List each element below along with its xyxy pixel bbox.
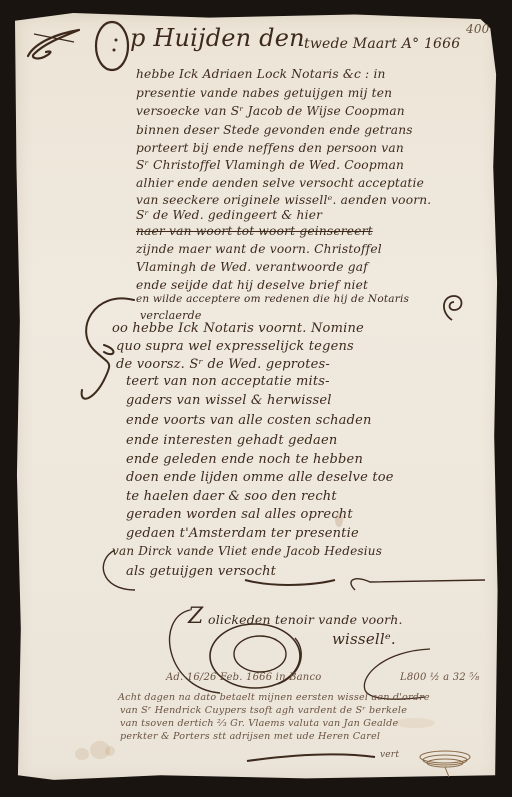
text-line: Sʳ de Wed. gedingeert & hier bbox=[136, 208, 322, 222]
text-line: versoecke van Sʳ Jacob de Wijse Coopman bbox=[136, 104, 405, 118]
page-number: 400 bbox=[466, 22, 490, 36]
stain bbox=[395, 718, 435, 728]
stain bbox=[75, 748, 89, 760]
paragraph-3-initial: Z bbox=[188, 604, 204, 629]
stain bbox=[105, 746, 115, 756]
footer-line: perkter & Porters stt adrijsen met ude H… bbox=[120, 731, 380, 742]
text-line: teert van non acceptatie mits- bbox=[126, 374, 330, 389]
text-line: ende interesten gehadt gedaen bbox=[126, 433, 337, 448]
text-line: olickeden tenoir vande voorh. bbox=[208, 612, 403, 627]
footer-signature: vert bbox=[380, 750, 399, 760]
footer-signature-flourish-icon bbox=[245, 745, 475, 789]
text-line: geraden worden sal alles oprecht bbox=[126, 507, 353, 522]
text-line: naer van woort tot woort geinsereert bbox=[136, 224, 373, 238]
text-line: en wilde acceptere om redenen die hij de… bbox=[136, 293, 409, 305]
text-line: de voorsz. Sʳ de Wed. geprotes- bbox=[116, 357, 330, 372]
heading-date: twede Maart A° 1666 bbox=[304, 36, 460, 52]
text-line: zijnde maer want de voorn. Christoffel bbox=[136, 242, 382, 256]
margin-flourish-icon bbox=[24, 24, 84, 68]
footer-line: van Sʳ Hendrick Cuypers tsoft agh varden… bbox=[120, 705, 407, 716]
text-line: ende voorts van alle costen schaden bbox=[126, 413, 372, 428]
text-line: doen ende lijden omme alle deselve toe bbox=[126, 470, 394, 485]
text-line: presentie vande nabes getuijgen mij ten bbox=[136, 86, 392, 100]
text-line: ende seijde dat hij deselve brief niet bbox=[136, 278, 368, 292]
text-line: Sʳ Christoffel Vlamingh de Wed. Coopman bbox=[136, 158, 404, 172]
heading-text: p Huijden den bbox=[130, 24, 305, 52]
text-line: van seeckere originele wissellᵉ. aenden … bbox=[136, 193, 431, 207]
footer-line: Acht dagen na dato betaelt mijnen eerste… bbox=[118, 692, 430, 703]
text-line: quo supra wel expresselijck tegens bbox=[116, 339, 354, 354]
text-line: gaders van wissel & herwissel bbox=[126, 393, 332, 408]
curl-flourish-icon bbox=[438, 292, 468, 326]
text-line: alhier ende aenden selve versocht accept… bbox=[136, 176, 424, 190]
footer-line: van tsoven dertich ²⁄₃ Gr. Vlaems valuta… bbox=[120, 718, 398, 729]
text-line: binnen deser Stede gevonden ende getrans bbox=[136, 123, 413, 137]
text-line: ende geleden ende noch te hebben bbox=[126, 452, 363, 467]
footer-right-note: L800 ½ a 32 ⁵⁄₈ bbox=[400, 672, 480, 683]
text-line: oo hebbe Ick Notaris voornt. Nomine bbox=[112, 321, 364, 336]
text-line: te haelen daer & soo den recht bbox=[126, 489, 337, 504]
text-line: porteert bij ende neffens den persoon va… bbox=[136, 141, 404, 155]
text-line: Vlamingh de Wed. verantwoorde gaf bbox=[136, 260, 368, 274]
footer-left-note: Ad. 16/26 Feb. 1666 in Banco bbox=[166, 672, 321, 683]
text-line: hebbe Ick Adriaen Lock Notaris &c : in bbox=[136, 67, 386, 81]
signature-flourish-icon bbox=[95, 530, 495, 604]
